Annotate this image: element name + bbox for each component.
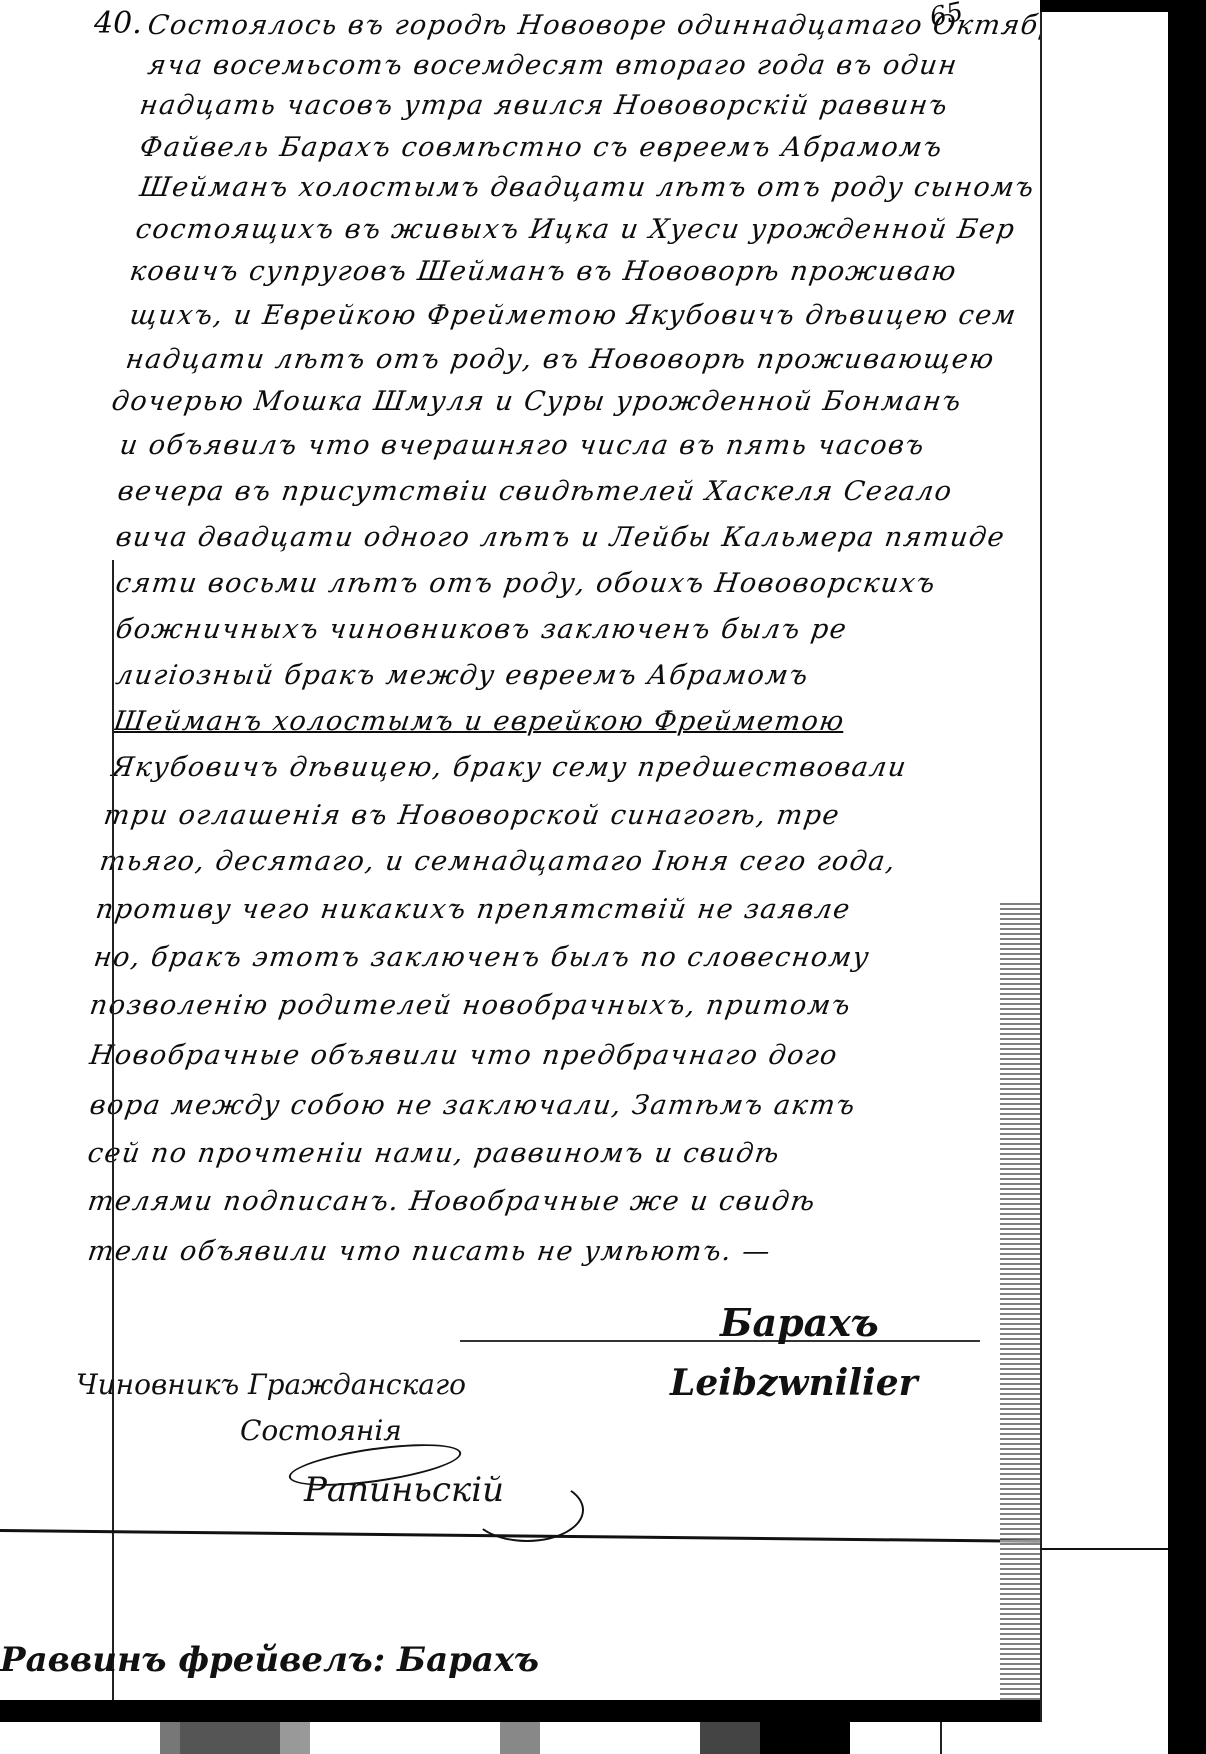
record-line: состоящихъ въ живыхъ Ицка и Хуеси урожде…: [134, 214, 1018, 245]
record-line: ковичъ супруговъ Шейманъ въ Нововорѣ про…: [128, 256, 959, 287]
record-line-underlined: Шейманъ холостымъ и еврейкою Фрейметою: [112, 706, 847, 737]
record-line: противу чего никакихъ препятствій не зая…: [94, 894, 853, 925]
footer-handwriting: Раввинъ фрейвелъ: Барахъ: [0, 1640, 539, 1680]
record-line: сяти восьми лѣтъ отъ роду, обоихъ Новово…: [114, 568, 938, 599]
record-line: телями подписанъ. Новобрачные же и свидѣ: [86, 1186, 818, 1217]
scan-bottom-noise: [0, 1722, 1206, 1754]
record-line: надцать часовъ утра явился Нововорскій р…: [138, 90, 951, 121]
scan-border-bottom: [0, 1700, 1040, 1722]
scan-margin-strip: [1040, 12, 1170, 1754]
section-divider-line-extension: [1040, 1548, 1170, 1550]
record-line: яча восемьсотъ восемдесят втораго года в…: [146, 50, 960, 81]
record-line: щихъ, и Еврейкою Фрейметою Якубовичъ дѣв…: [128, 300, 1019, 331]
record-line: но, бракъ этотъ заключенъ былъ по словес…: [92, 942, 872, 973]
record-line: позволенію родителей новобрачныхъ, прито…: [88, 990, 854, 1021]
margin-rule: [112, 560, 114, 1700]
record-line: вича двадцати одного лѣтъ и Лейбы Кальме…: [114, 522, 1008, 553]
record-line: Файвель Барахъ совмѣстно съ евреемъ Абра…: [138, 132, 945, 163]
official-title-line2: Состоянія: [240, 1414, 402, 1447]
record-line: Новобрачные объявили что предбрачнаго до…: [88, 1040, 840, 1071]
rabbi-signature: Барахъ: [720, 1300, 879, 1345]
record-line: и объявилъ что вчерашняго числа въ пять …: [118, 430, 927, 461]
record-line: божничныхъ чиновниковъ заключенъ былъ ре: [114, 614, 850, 645]
record-line: надцати лѣтъ отъ роду, въ Нововорѣ прожи…: [124, 344, 997, 375]
record-line: дочерью Мошка Шмуля и Суры урожденной Бо…: [110, 386, 964, 417]
scan-edge-noise: [1000, 900, 1040, 1700]
scan-border-right: [1168, 0, 1206, 1754]
record-line: вора между собою не заключали, Затѣмъ ак…: [88, 1090, 858, 1121]
record-line: сей по прочтеніи нами, раввиномъ и свидѣ: [86, 1138, 783, 1169]
record-line: Состоялось въ городѣ Нововоре одиннадцат…: [146, 10, 1157, 41]
record-line: тели объявили что писать не умѣютъ. —: [86, 1236, 773, 1267]
record-line: Якубовичъ дѣвицею, браку сему предшество…: [110, 752, 909, 783]
record-line: вечера въ присутствіи свидѣтелей Хаскеля…: [116, 476, 955, 507]
entry-number: 40.: [94, 6, 142, 41]
record-line: Шейманъ холостымъ двадцати лѣтъ отъ роду…: [138, 172, 1037, 203]
official-title-line1: Чиновникъ Гражданскаго: [76, 1368, 466, 1401]
signature-tail: [470, 1478, 584, 1542]
record-line: три оглашенія въ Нововорской синагогѣ, т…: [102, 800, 842, 831]
latin-signature: Leibzwnilier: [670, 1362, 918, 1404]
document-page: 40. 65 Состоялось въ городѣ Нововоре оди…: [0, 0, 1040, 1700]
record-line: тьяго, десятаго, и семнадцатаго Іюня сег…: [98, 846, 898, 877]
record-line: лигіозный бракъ между евреемъ Абрамомъ: [114, 660, 811, 691]
